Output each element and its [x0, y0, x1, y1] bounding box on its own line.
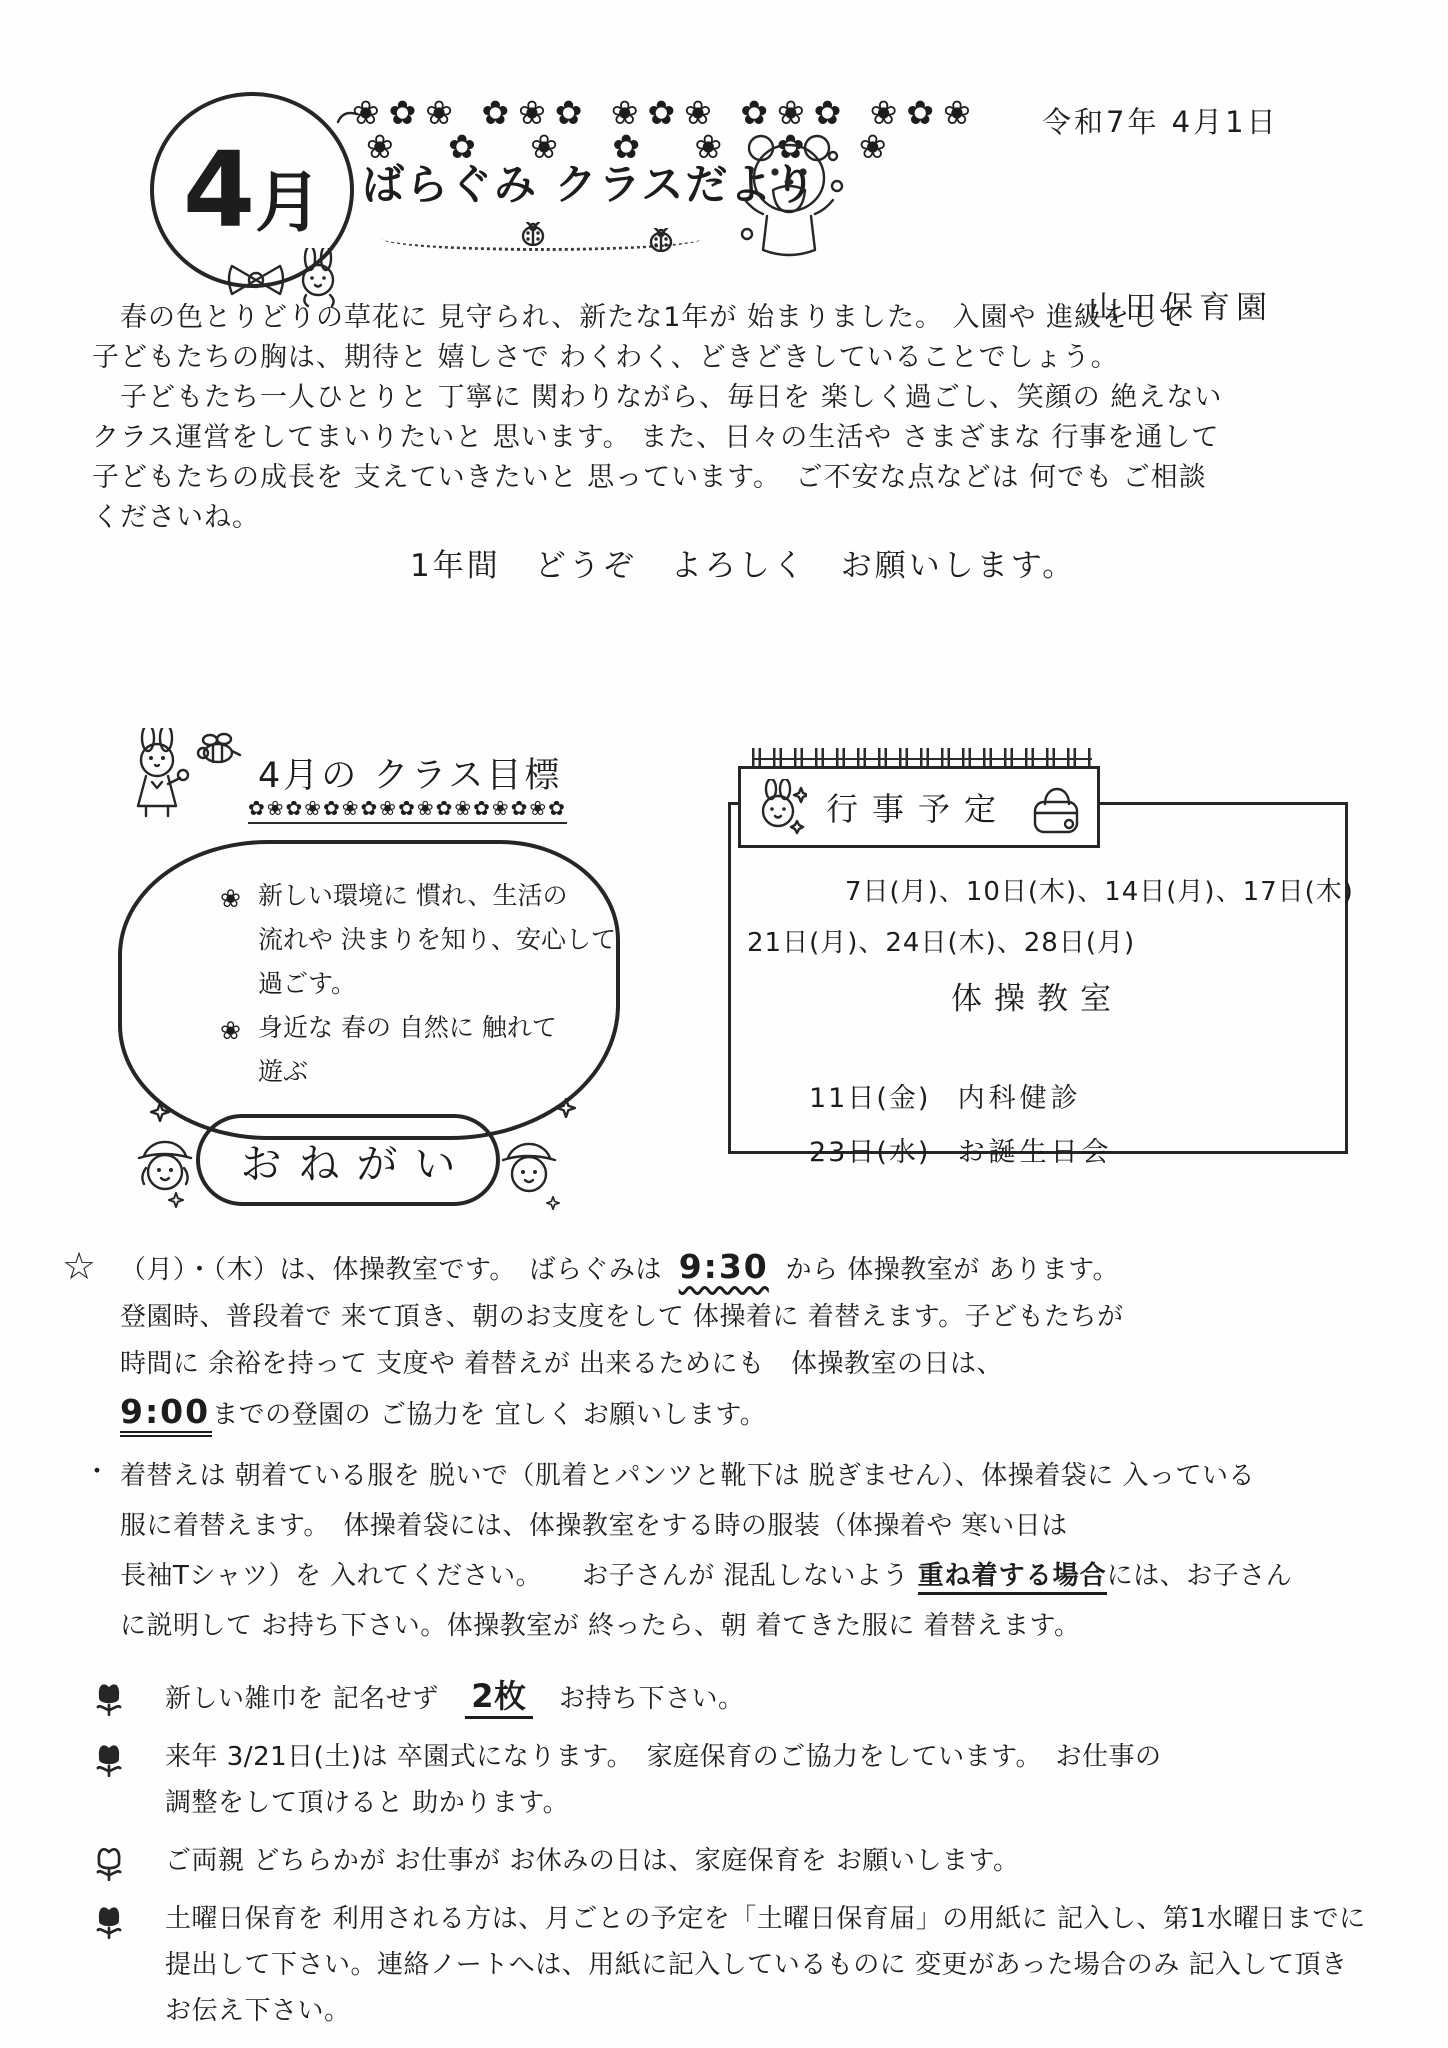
text-line: 子どもたちの成長を 支えていきたいと 思っています。 ご不安な点などは 何でも …	[92, 458, 1382, 498]
tulip-item: 土曜日保育を 利用される方は、月ごとの予定を「土曜日保育届」の用紙に 記入し、第…	[62, 1896, 1402, 2034]
event-row: 23日(水) お誕生日会	[809, 1130, 1327, 1169]
text-line: 服に着替えます。 体操着袋には、体操教室をする時の服装（体操着や 寒い日は	[120, 1501, 1402, 1551]
goals-box: ❀ 新しい環境に 慣れ、生活の 流れや 決まりを知り、安心して 過ごす。 ❀ 身…	[118, 840, 620, 1140]
event-date: 11日(金)	[809, 1076, 949, 1115]
schedule-header-band: 行事予定	[738, 766, 1100, 848]
text-line: 流れや 決まりを知り、安心して	[258, 918, 598, 962]
goal-item: ❀ 新しい環境に 慣れ、生活の 流れや 決まりを知り、安心して 過ごす。	[220, 874, 598, 1006]
text-line: 着替えは 朝着ている服を 脱いで（肌着とパンツと靴下は 脱ぎません）、体操着袋に…	[120, 1451, 1402, 1501]
tulip-icon	[92, 1677, 126, 1717]
sparkle-icon	[546, 1196, 560, 1210]
text-segment: 新しい雑巾を 記名せず	[165, 1684, 465, 1714]
tulip-list: 新しい雑巾を 記名せず 2枚 お持ち下さい。 来年 3/21日(土)は 卒園式に…	[62, 1673, 1402, 2034]
greeting-paragraph: 春の色とりどりの草花に 見守られ、新たな1年が 始まりました。 入園や 進級をし…	[92, 298, 1382, 586]
text-line: に説明して お持ち下さい。体操教室が 終ったら、朝 着てきた服に 着替えます。	[120, 1601, 1402, 1651]
ladybug-icon	[520, 222, 546, 246]
text-line: 子どもたちの胸は、期待と 嬉しさで わくわく、どきどきしていることでしょう。	[92, 338, 1382, 378]
text-line: 長袖Tシャツ）を 入れてください。 お子さんが 混乱しないよう 重ね着する場合に…	[120, 1551, 1402, 1601]
tulip-item: 新しい雑巾を 記名せず 2枚 お持ち下さい。	[62, 1673, 1402, 1722]
text-line: 時間に 余裕を持って 支度や 着替えが 出来るためにも 体操教室の日は、	[120, 1341, 1402, 1388]
event-list: 11日(金) 内科健診 23日(水) お誕生日会	[747, 1076, 1327, 1169]
text-line: 新しい雑巾を 記名せず 2枚 お持ち下さい。	[165, 1673, 1402, 1722]
schedule-heading: 行事予定	[807, 784, 1029, 830]
text-line: 新しい環境に 慣れ、生活の	[258, 874, 598, 918]
schedule-bunny-icon	[755, 779, 807, 835]
text-line: （月）・（木）は、体操教室です。 ばらぐみは 9:30 から 体操教室が ありま…	[120, 1243, 1402, 1294]
wish-section: おねがい	[128, 1106, 728, 1222]
event-label: お誕生日会	[958, 1137, 1113, 1168]
sparkle-icon	[150, 1102, 170, 1122]
text-line: 遊ぶ	[258, 1050, 598, 1094]
ladybug-icon	[648, 228, 674, 252]
requests-section: ☆ （月）・（木）は、体操教室です。 ばらぐみは 9:30 から 体操教室が あ…	[62, 1243, 1402, 2046]
bear-icon	[733, 126, 845, 262]
gym-class-label: 体操教室	[747, 973, 1327, 1018]
text-line: クラス運営をしてまいりたいと 思います。 また、日々の生活や さまざまな 行事を…	[92, 418, 1382, 458]
tulip-item: 来年 3/21日(土)は 卒園式になります。 家庭保育のご協力をしています。 お…	[62, 1734, 1402, 1826]
kid-girl-icon	[134, 1126, 194, 1204]
tulip-icon	[92, 1900, 126, 1940]
text-segment: お持ち下さい。	[533, 1684, 745, 1714]
layering-underline: 重ね着する場合	[918, 1561, 1107, 1595]
tulip-item: ご両親 どちらかが お仕事が お休みの日は、家庭保育を お願いします。	[62, 1838, 1402, 1884]
text-line: 春の色とりどりの草花に 見守られ、新たな1年が 始まりました。 入園や 進級をし…	[92, 298, 1382, 338]
bag-icon	[1029, 778, 1083, 836]
time-900: 9:00	[120, 1392, 212, 1437]
text-segment: から 体操教室が あります。	[777, 1255, 1119, 1285]
text-segment: には、お子さん	[1107, 1561, 1293, 1591]
text-line: お伝え下さい。	[165, 1988, 1402, 2034]
newsletter-page: 4 月 ❀✿❀ ✿❀✿ ❀✿❀ ✿❀✿ ❀✿❀ ❀ ✿ ❀ ✿ ❀ ✿ ❀ ばら…	[0, 0, 1448, 2048]
flower-divider: ✿❀✿❀✿❀✿❀✿❀✿❀✿❀✿❀✿	[248, 796, 567, 824]
event-row: 11日(金) 内科健診	[809, 1076, 1327, 1115]
goals-bunny-icon	[128, 728, 190, 820]
text-line: 子どもたち一人ひとりと 丁寧に 関わりながら、毎日を 楽しく過ごし、笑顔の 絶え…	[92, 378, 1382, 418]
text-line: 土曜日保育を 利用される方は、月ごとの予定を「土曜日保育届」の用紙に 記入し、第…	[165, 1896, 1402, 1942]
time-930: 9:30	[671, 1247, 777, 1286]
text-line: 来年 3/21日(土)は 卒園式になります。 家庭保育のご協力をしています。 お…	[165, 1734, 1402, 1780]
sakura-row: ❀✿❀ ✿❀✿ ❀✿❀ ✿❀✿ ❀✿❀	[352, 96, 852, 130]
kid-boy-icon	[498, 1130, 558, 1204]
text-line: ご両親 どちらかが お仕事が お休みの日は、家庭保育を お願いします。	[165, 1838, 1402, 1884]
closing-line: 1年間 どうぞ よろしく お願いします。	[92, 546, 1382, 586]
goal-item: ❀ 身近な 春の 自然に 触れて 遊ぶ	[220, 1006, 598, 1094]
changing-paragraph: ・ 着替えは 朝着ている服を 脱いで（肌着とパンツと靴下は 脱ぎません）、体操着…	[62, 1451, 1402, 1651]
text-line: 身近な 春の 自然に 触れて	[258, 1006, 598, 1050]
text-segment: までの登園の ご協力を 宜しく お願いします。	[212, 1400, 766, 1430]
event-label: 内科健診	[958, 1083, 1082, 1114]
gym-dates-line-2: 21日(月)、24日(木)、28日(月)	[747, 922, 1327, 959]
text-segment: 長袖Tシャツ）を 入れてください。 お子さんが 混乱しないよう	[120, 1561, 918, 1591]
bee-icon	[196, 732, 244, 766]
sparkle-icon	[556, 1098, 576, 1118]
issue-date: 令和7年 4月1日	[1042, 100, 1279, 141]
month-kanji: 月	[255, 170, 321, 236]
flower-bullet-icon: ❀	[220, 877, 241, 921]
schedule-box: 7日(月)、10日(木)、14日(月)、17日(木) 21日(月)、24日(木)…	[728, 802, 1348, 1154]
text-line: 調整をして頂けると 助かります。	[165, 1780, 1402, 1826]
month-number: 4	[183, 138, 255, 242]
wish-heading: おねがい	[224, 1131, 473, 1190]
dot-bullet: ・	[84, 1447, 111, 1497]
text-segment: （月）・（木）は、体操教室です。 ばらぐみは	[120, 1255, 671, 1285]
tulip-icon	[92, 1738, 126, 1778]
gym-notice-paragraph: ☆ （月）・（木）は、体操教室です。 ばらぐみは 9:30 から 体操教室が あ…	[62, 1243, 1402, 1439]
text-line: 9:00までの登園の ご協力を 宜しく お願いします。	[120, 1388, 1402, 1439]
towel-count: 2枚	[465, 1677, 532, 1719]
goals-heading: 4月の クラス目標	[258, 748, 562, 798]
text-line: 過ごす。	[258, 962, 598, 1006]
sparkle-icon	[168, 1192, 184, 1208]
text-line: 提出して下さい。連絡ノートへは、用紙に記入しているものに 変更があった場合のみ …	[165, 1942, 1402, 1988]
gym-dates-line-1: 7日(月)、10日(木)、14日(月)、17日(木)	[747, 871, 1327, 908]
text-line: くださいね。	[92, 498, 1382, 538]
event-date: 23日(水)	[809, 1130, 949, 1169]
text-line: 登園時、普段着で 来て頂き、朝のお支度をして 体操着に 着替えます。子どもたちが	[120, 1294, 1402, 1341]
flower-bullet-icon: ❀	[220, 1009, 241, 1053]
tulip-icon	[92, 1842, 126, 1882]
star-bullet-icon: ☆	[62, 1243, 97, 1290]
wish-cloud: おねがい	[196, 1114, 500, 1206]
